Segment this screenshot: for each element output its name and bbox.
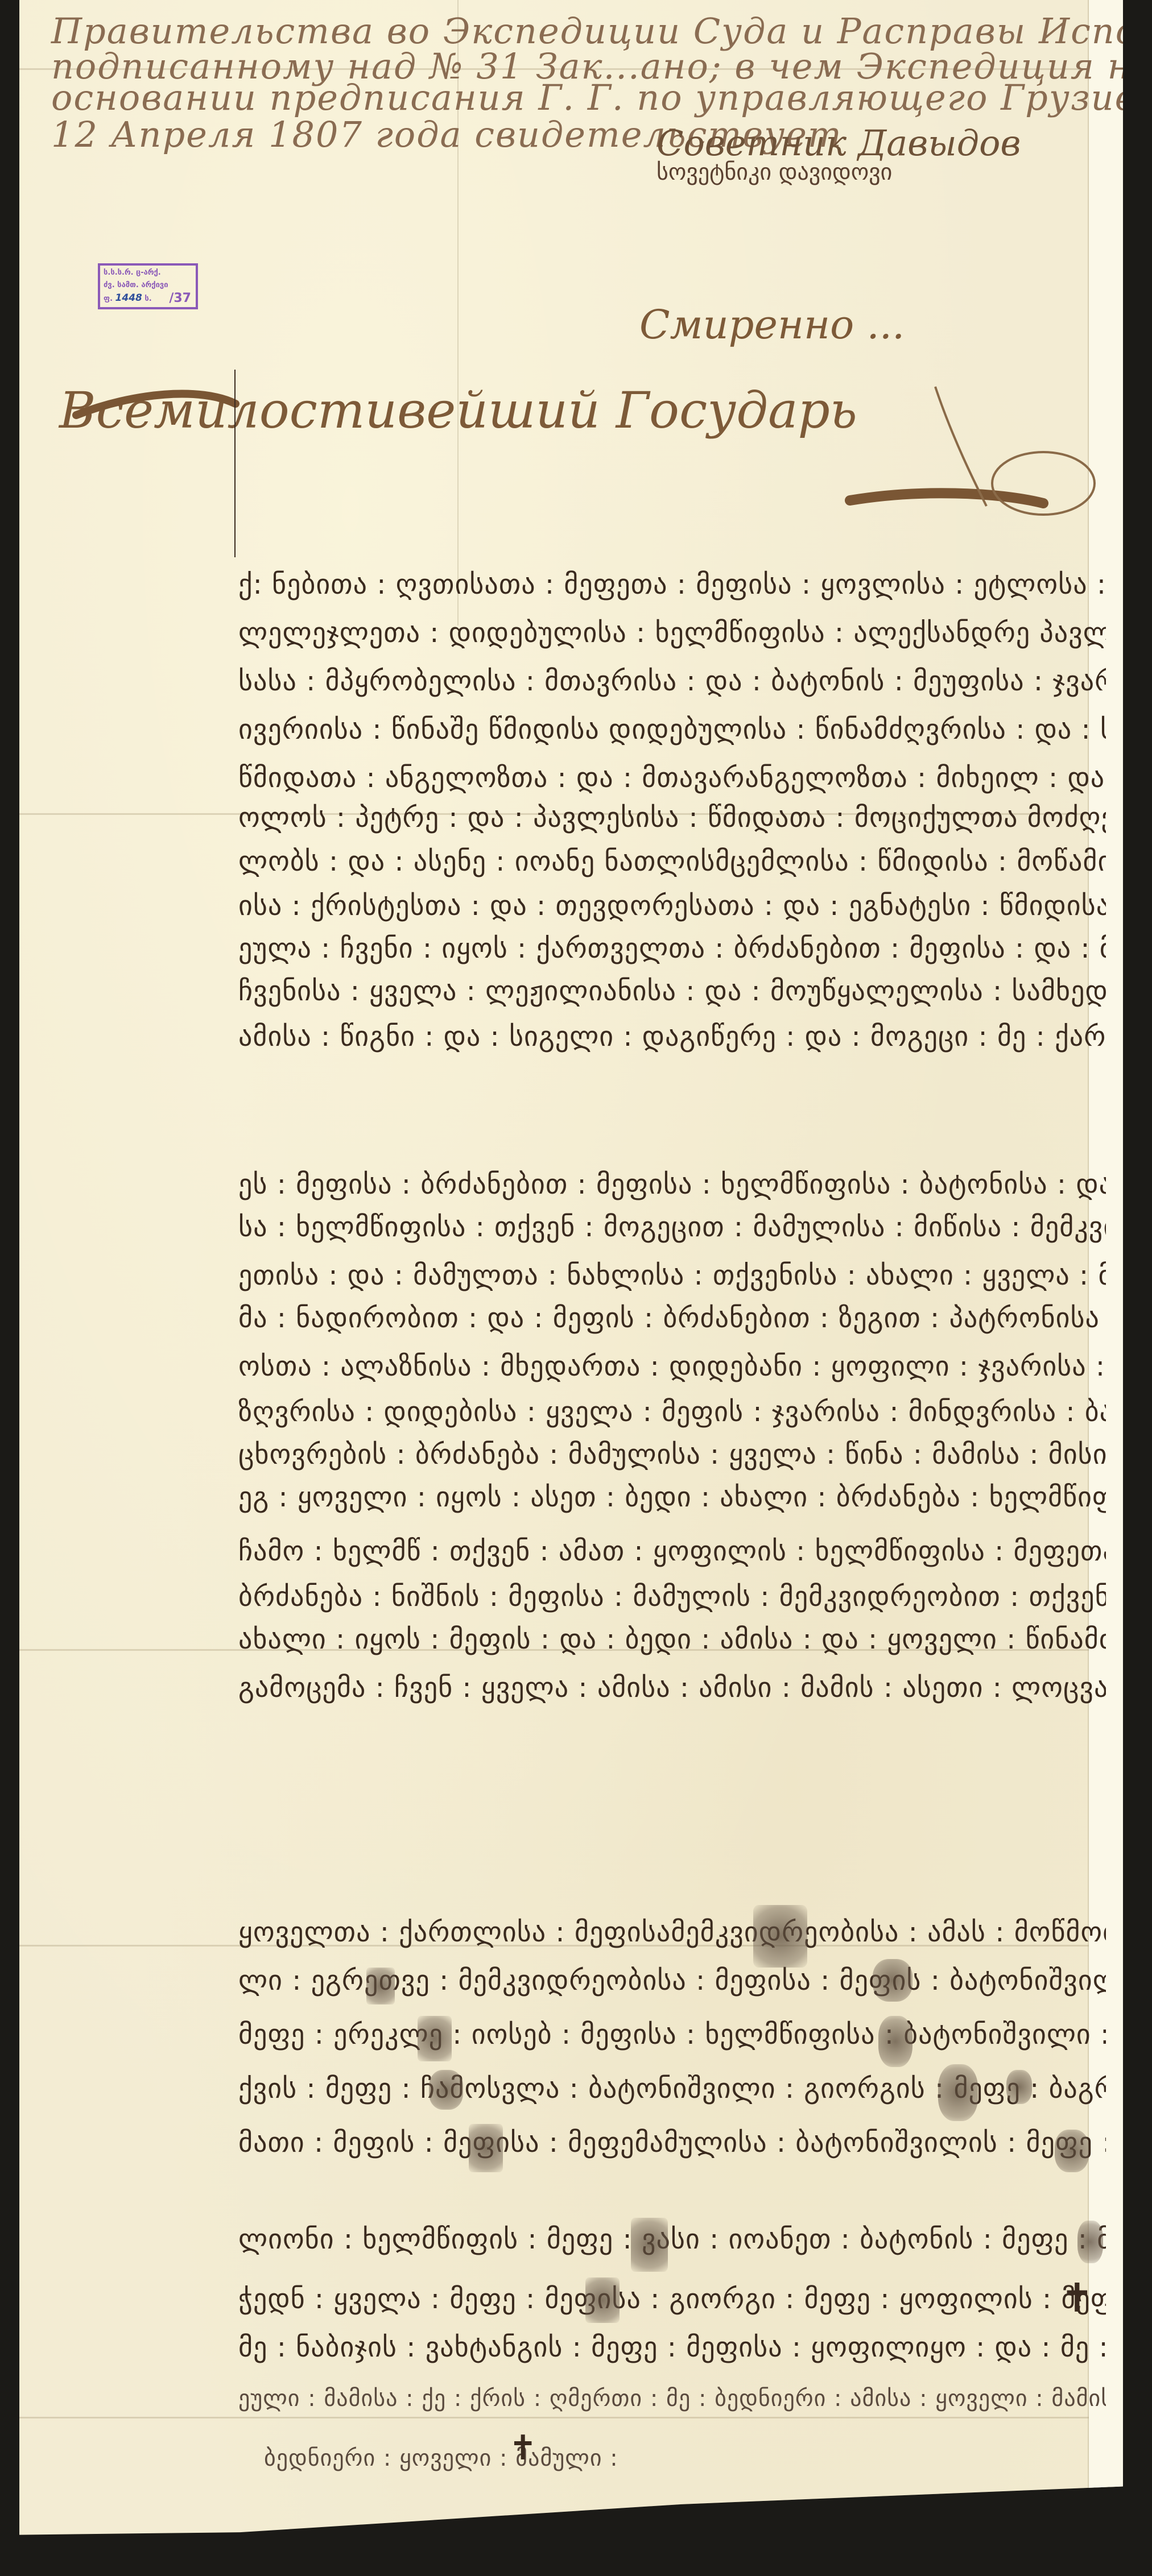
seal-impression <box>753 1905 807 1968</box>
final-line: ბედნიერი : ყოველი : მამული : <box>264 2445 662 2471</box>
body-line: მა : ნადირობით : და : მეფის : ბრძანებით … <box>238 1302 1106 1334</box>
seal-impression <box>1006 2070 1032 2104</box>
archive-stamp: ს.ს.ს.რ. ც-არქ. ძვ. სამთ. არქივი ფ. 1448… <box>98 263 198 309</box>
stamp-fond-number: 1448 <box>115 292 142 304</box>
seal-impression <box>938 2064 978 2121</box>
body-line: სასა : მპყრობელისა : მთავრისა : და : ბატ… <box>238 665 1106 697</box>
body-line: ცხოვრების : ბრძანება : მამულისა : ყველა … <box>238 1439 1106 1471</box>
seal-impression <box>418 2016 452 2061</box>
body-line: ჭედნ : ყველა : მეფე : მეფისა : გიორგი : … <box>238 2283 1106 2315</box>
seal-impression <box>366 1968 395 2005</box>
seal-impression <box>1077 2221 1103 2263</box>
cross-mark: ✝ <box>509 2428 537 2468</box>
body-line: ლელეჯლეთა : დიდებულისა : ხელმწიფისა : ალ… <box>238 617 1106 649</box>
header-signature: Советник Давыдов <box>656 122 1021 164</box>
body-line: წმიდათა : ანგელოზთა : და : მთავარანგელოზ… <box>238 762 1106 794</box>
stamp-suffix: ს. <box>144 295 151 303</box>
stamp-line: ძვ. სამთ. არქივი <box>104 279 192 292</box>
body-line: ამისა : წიგნი : და : სიგელი : დაგიწერე :… <box>238 1021 1106 1053</box>
body-line: ლობს : და : ასენე : იოანე ნათლისმცემლისა… <box>238 846 1106 877</box>
body-line: ეული : მამისა : ქე : ქრის : ღმერთი : მე … <box>238 2386 1106 2412</box>
body-line: მე : ნაბიჯის : ვახტანგის : მეფე : მეფისა… <box>238 2331 1106 2363</box>
margin-rule <box>234 370 236 557</box>
body-line: ივერიისა : წინაშე წმიდისა დიდებულისა : წ… <box>238 714 1106 746</box>
stamp-fond-prefix: ფ. <box>104 295 113 303</box>
body-line: ქ: ნებითა : ღვთისათა : მეფეთა : მეფისა :… <box>238 569 1106 600</box>
body-line: ზღვრისა : დიდებისა : ყველა : მეფის : ჯვა… <box>238 1396 1106 1428</box>
body-line: ეთისა : და : მამულთა : ნახლისა : თქვენის… <box>238 1260 1106 1291</box>
body-line: ისა : ქრისტესთა : და : თევდორესათა : და … <box>238 890 1106 922</box>
body-line: ახალი : იყოს : მეფის : და : ბედი : ამისა… <box>238 1624 1106 1655</box>
salutation-top: Смиренно ... <box>639 301 905 348</box>
body-line: ბრძანება : ნიშნის : მეფისა : მამულის : მ… <box>238 1581 1106 1613</box>
body-line: გამოცემა : ჩვენ : ყველა : ამისა : ამისი … <box>238 1672 1106 1704</box>
body-line: ჩამო : ხელმწ : თქვენ : ამათ : ყოფილის : … <box>238 1535 1106 1567</box>
fold-line <box>19 2417 1089 2418</box>
header-russian-line: основании предписания Г. Г. по управляющ… <box>51 77 1152 118</box>
body-line: ყოველთა : ქართლისა : მეფისამემკვიდრეობის… <box>238 1916 1106 1948</box>
body-line: მეფე : ერეკლე : იოსებ : მეფისა : ხელმწიფ… <box>238 2019 1106 2051</box>
cross-mark: ✝ <box>1060 2275 1094 2321</box>
seal-impression <box>631 2218 668 2272</box>
manuscript-page: Правительства во Экспедиции Суда и Распр… <box>19 0 1123 2548</box>
body-line: ლიონი : ხელმწიფის : მეფე : ვასი : იოანეთ… <box>238 2223 1106 2255</box>
body-line: მათი : მეფის : მეფისა : მეფემამულისა : ბ… <box>238 2127 1106 2159</box>
header-georgian-subscript: სოვეტნიკი დავიდოვი <box>656 159 892 185</box>
body-line: ჩვენისა : ყველა : ლეჟილიანისა : და : მოუ… <box>238 975 1106 1007</box>
stamp-line: ს.ს.ს.რ. ც-არქ. <box>104 267 192 279</box>
flourish-decoration <box>65 370 1146 517</box>
stamp-folio: /37 <box>169 292 191 305</box>
seal-impression <box>429 2070 463 2110</box>
body-line: ეს : მეფისა : ბრძანებით : მეფისა : ხელმწ… <box>238 1169 1106 1200</box>
body-line: ეულა : ჩვენი : იყოს : ქართველთა : ბრძანე… <box>238 933 1106 964</box>
body-line: სა : ხელმწიფისა : თქვენ : მოგეცით : მამუ… <box>238 1211 1106 1243</box>
seal-impression <box>469 2124 503 2172</box>
seal-impression <box>878 2016 912 2067</box>
seal-impression <box>585 2277 620 2323</box>
body-line: ოლოს : პეტრე : და : პავლესისა : წმიდათა … <box>238 802 1106 834</box>
body-line: ოსთა : ალაზნისა : მხედართა : დიდებანი : … <box>238 1351 1106 1382</box>
seal-impression <box>1055 2130 1089 2172</box>
body-line: ეგ : ყოველი : იყოს : ასეთ : ბედი : ახალი… <box>238 1481 1106 1513</box>
seal-impression <box>873 1959 912 2002</box>
